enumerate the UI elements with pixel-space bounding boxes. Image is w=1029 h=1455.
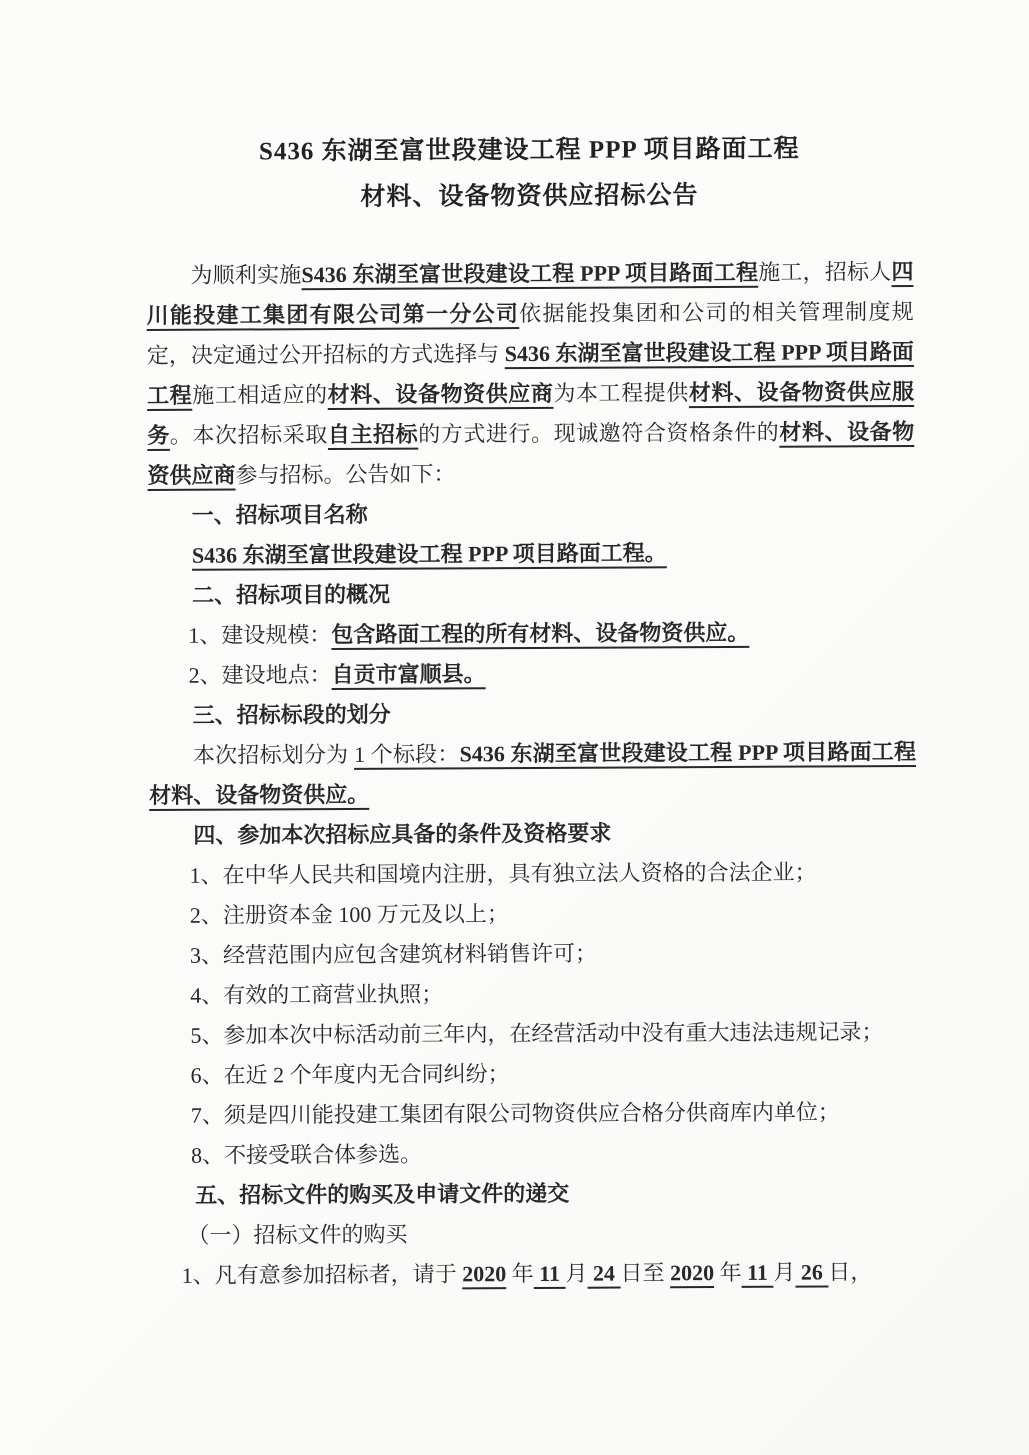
construction-site-label: 2、建设地点：	[188, 662, 331, 688]
construction-scale-label: 1、建设规模：	[188, 622, 331, 648]
document-title-line-2: 材料、设备物资供应招标公告	[146, 172, 913, 222]
qualification-item-3: 3、经营范围内应包含建筑材料销售许可；	[190, 932, 917, 976]
construction-site-value: 自贡市富顺县。	[331, 661, 485, 687]
qualification-item-1: 1、在中华人民共和国境内注册，具有独立法人资格的合法企业；	[189, 852, 916, 896]
intro-text-run: 为本工程提供	[553, 380, 689, 406]
qualification-item-4: 4、有效的工商营业执照；	[190, 972, 917, 1016]
qualification-item-5: 5、参加本次中标活动前三年内，在经营活动中没有重大违法违规记录；	[190, 1012, 917, 1056]
section-2-heading: 二、招标项目的概况	[192, 572, 915, 616]
project-name-emphasis: S436 东湖至富世段建设工程 PPP 项目路面工程。	[192, 540, 667, 567]
year-label: 年	[506, 1261, 534, 1286]
intro-paragraph: 为顺利实施S436 东湖至富世段建设工程 PPP 项目路面工程施工，招标人四川能…	[146, 252, 914, 496]
title-spacer	[146, 218, 913, 256]
start-year-value: 2020	[462, 1261, 506, 1286]
scanned-document-page: S436 东湖至富世段建设工程 PPP 项目路面工程 材料、设备物资供应招标公告…	[0, 0, 1029, 1455]
end-month-value: 11	[741, 1260, 773, 1285]
intro-text-run: 。本次招标采取	[170, 422, 328, 448]
month-label: 月	[565, 1261, 587, 1286]
document-body: 为顺利实施S436 东湖至富世段建设工程 PPP 项目路面工程施工，招标人四川能…	[146, 252, 918, 1296]
document-title: S436 东湖至富世段建设工程 PPP 项目路面工程 材料、设备物资供应招标公告	[146, 126, 913, 222]
construction-site-item: 2、建设地点：自贡市富顺县。	[188, 652, 915, 696]
project-name-emphasis: S436 东湖至富世段建设工程 PPP 项目路面工程	[301, 260, 758, 287]
section-3-lead: 本次招标划分为	[193, 742, 354, 768]
section-5-heading: 五、招标文件的购买及申请文件的递交	[195, 1172, 918, 1216]
document-content: S436 东湖至富世段建设工程 PPP 项目路面工程 材料、设备物资供应招标公告…	[145, 0, 919, 1296]
section-1-heading: 一、招标项目名称	[192, 492, 915, 536]
end-day-value: 26	[795, 1259, 828, 1284]
intro-text-run: 施工，招标人	[758, 259, 891, 285]
month-label: 月	[773, 1260, 795, 1285]
intro-text-run: 为顺利实施	[190, 262, 301, 288]
year-label: 年	[714, 1260, 742, 1285]
intro-text-run: 施工相适应的	[192, 382, 328, 408]
purchase-period-line: 1、凡有意参加招标者，请于 2020 年 11 月 24 日至 2020 年 1…	[182, 1252, 919, 1296]
document-title-line-1: S436 东湖至富世段建设工程 PPP 项目路面工程	[146, 126, 913, 176]
section-5-sub-heading: （一）招标文件的购买	[187, 1212, 918, 1256]
intro-text-run: 的方式进行。现诚邀符合资格条件的	[418, 420, 779, 447]
self-tender-emphasis: 自主招标	[328, 422, 418, 447]
supplier-emphasis: 材料、设备物资供应商	[328, 381, 554, 407]
end-year-value: 2020	[670, 1260, 714, 1285]
start-month-value: 11	[534, 1261, 566, 1286]
until-label: 日至	[620, 1260, 670, 1285]
section-3-heading: 三、招标标段的划分	[193, 692, 916, 736]
qualification-item-6: 6、在近 2 个年度内无合同纠纷；	[191, 1052, 918, 1096]
section-4-heading: 四、参加本次招标应具备的条件及资格要求	[193, 812, 916, 856]
construction-scale-item: 1、建设规模：包含路面工程的所有材料、设备物资供应。	[188, 612, 915, 656]
day-label: 日，	[828, 1259, 872, 1284]
section-3-paragraph: 本次招标划分为 1 个标段：S436 东湖至富世段建设工程 PPP 项目路面工程…	[149, 732, 916, 816]
qualification-item-8: 8、不接受联合体参选。	[191, 1132, 918, 1176]
construction-scale-value: 包含路面工程的所有材料、设备物资供应。	[331, 620, 749, 647]
start-day-value: 24	[587, 1261, 620, 1286]
section-1-project-name: S436 东湖至富世段建设工程 PPP 项目路面工程。	[192, 532, 915, 576]
lot-count-underline: 1 个标段：	[354, 741, 460, 767]
intro-text-run: 参与招标。公告如下：	[235, 461, 455, 487]
purchase-period-text: 1、凡有意参加招标者，请于	[182, 1261, 463, 1287]
qualification-item-7: 7、须是四川能投建工集团有限公司物资供应合格分供商库内单位；	[191, 1092, 918, 1136]
qualification-item-2: 2、注册资本金 100 万元及以上；	[190, 892, 917, 936]
